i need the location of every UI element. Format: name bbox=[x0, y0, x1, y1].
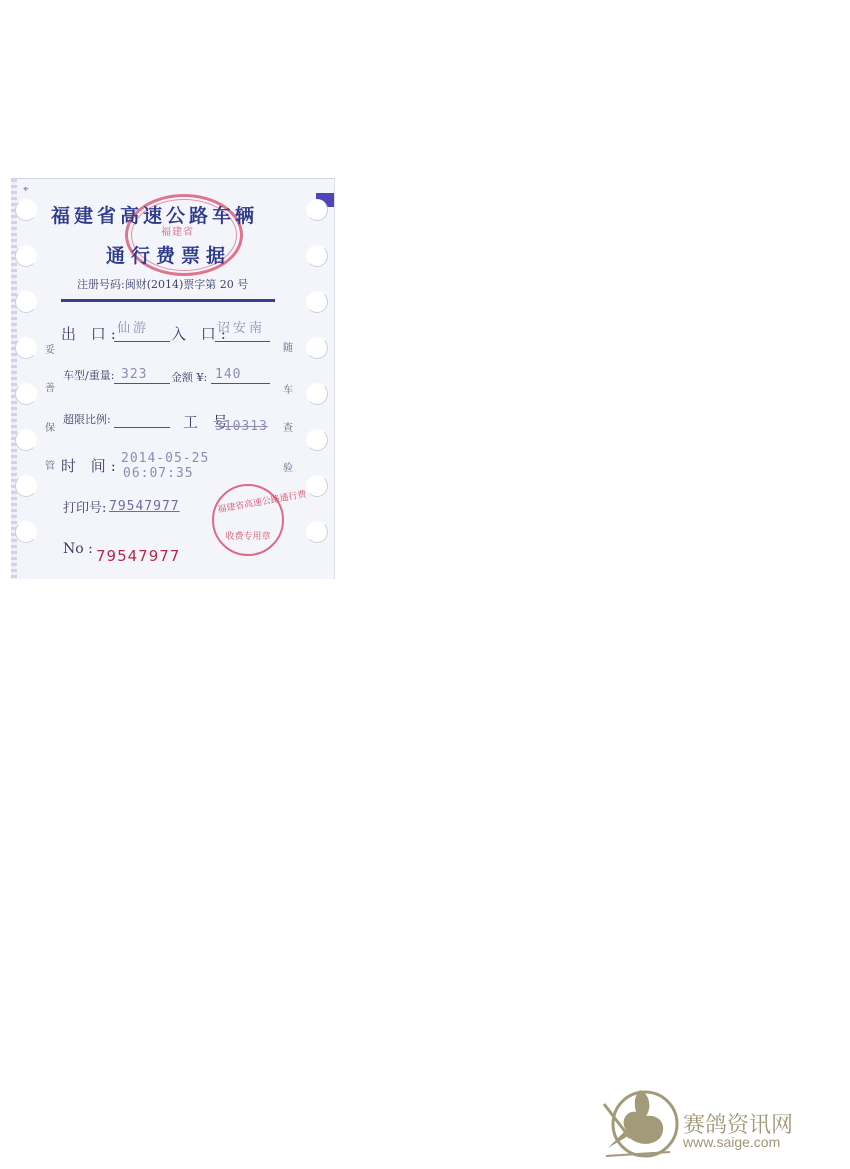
time-date-value: 2014-05-25 bbox=[121, 451, 209, 466]
serial-number-value: 79547977 bbox=[96, 547, 180, 565]
perforated-edge-strip bbox=[11, 179, 17, 579]
punch-hole bbox=[15, 383, 37, 405]
time-clock-value: 06:07:35 bbox=[123, 466, 194, 481]
toll-receipt: ⌖ 福建省 福建省高速公路车辆 通行费票据 注册号码:闽财(2014)票字第 2… bbox=[11, 178, 335, 579]
vehicle-type-label: 车型/重量: bbox=[63, 367, 114, 383]
title-divider bbox=[61, 299, 275, 302]
time-label: 时 间: bbox=[61, 455, 121, 476]
print-number-value: 79547977 bbox=[109, 499, 180, 514]
punch-hole bbox=[15, 475, 37, 497]
punch-hole bbox=[306, 383, 328, 405]
overlimit-label: 超限比例: bbox=[63, 411, 111, 427]
watermark-site-url: www.saige.com bbox=[683, 1134, 780, 1150]
exit-underline bbox=[114, 341, 170, 342]
punch-hole bbox=[15, 291, 37, 313]
amount-value: 140 bbox=[215, 367, 241, 382]
print-number-label: 打印号: bbox=[63, 497, 106, 516]
side-text-right: 查 bbox=[283, 419, 293, 434]
overlimit-underline bbox=[114, 427, 170, 428]
side-text-left: 善 bbox=[45, 379, 55, 394]
side-text-right: 车 bbox=[283, 381, 293, 396]
punch-hole bbox=[15, 245, 37, 267]
receipt-title-line1: 福建省高速公路车辆 bbox=[51, 201, 258, 228]
exit-value: 仙游 bbox=[117, 317, 149, 336]
worker-id-value: 310313 bbox=[215, 419, 268, 434]
entry-underline bbox=[215, 341, 270, 342]
punch-hole bbox=[306, 475, 328, 497]
side-text-left: 保 bbox=[45, 419, 55, 434]
vehicle-underline bbox=[114, 383, 170, 384]
punch-hole bbox=[306, 521, 328, 543]
punch-hole bbox=[15, 337, 37, 359]
side-text-right: 验 bbox=[283, 459, 293, 474]
punch-hole bbox=[306, 245, 328, 267]
side-text-left: 妥 bbox=[45, 341, 55, 356]
side-text-right: 随 bbox=[283, 339, 293, 354]
punch-hole bbox=[306, 291, 328, 313]
vehicle-type-value: 323 bbox=[121, 367, 147, 382]
punch-hole bbox=[15, 429, 37, 451]
punch-hole bbox=[15, 199, 37, 221]
amount-label: 金额 ¥: bbox=[171, 369, 207, 385]
seal-bottom-text: 收费专用章 bbox=[217, 529, 279, 542]
registration-number: 注册号码:闽财(2014)票字第 20 号 bbox=[77, 276, 248, 292]
punch-hole bbox=[306, 337, 328, 359]
side-text-left: 管 bbox=[45, 457, 55, 472]
amount-underline bbox=[211, 383, 270, 384]
punch-hole bbox=[306, 199, 328, 221]
punch-hole bbox=[306, 429, 328, 451]
exit-label: 出 口: bbox=[61, 323, 121, 344]
entry-value: 诏安南 bbox=[217, 317, 265, 336]
punch-hole bbox=[15, 521, 37, 543]
receipt-title-line2: 通行费票据 bbox=[106, 241, 231, 268]
pigeon-logo-icon bbox=[600, 1082, 690, 1162]
serial-number-label: No : bbox=[63, 541, 93, 557]
